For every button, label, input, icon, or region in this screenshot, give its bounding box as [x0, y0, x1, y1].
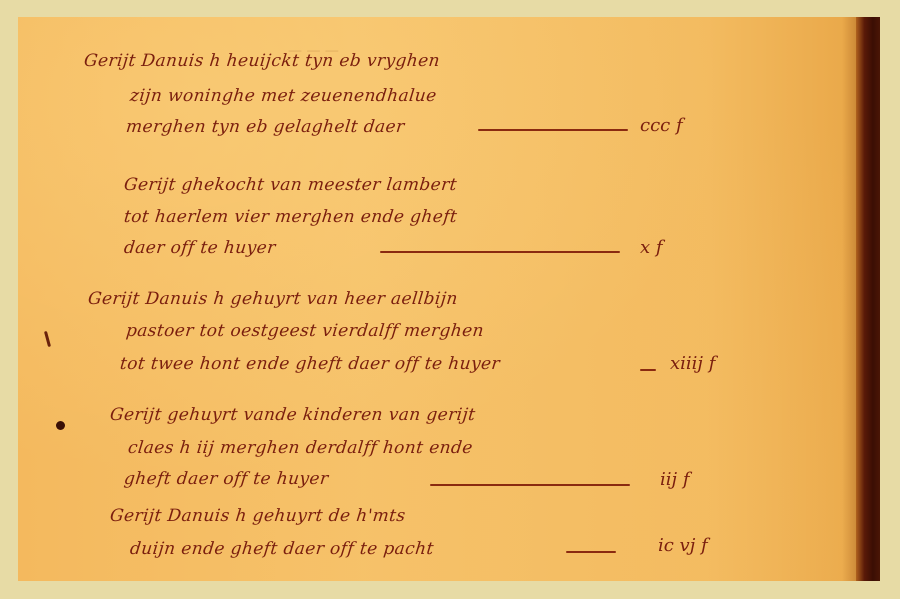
entry-5-line-1: Gerijt Danuis h gehuyrt de h'mts [109, 506, 407, 526]
entry-4-line-2: claes h iij merghen derdalff hont ende [127, 438, 474, 458]
entry-4-line-3: gheft daer off te huyer [123, 469, 330, 489]
entry-1-line-3: merghen tyn eb gelaghelt daer [125, 117, 406, 137]
entry-2-line-3: daer off te huyer [123, 238, 277, 258]
entry-5-leader-rule [566, 551, 616, 553]
binding-shadow-edge [842, 17, 856, 581]
entry-3-line-3: tot twee hont ende gheft daer off te huy… [119, 354, 501, 374]
entry-5-line-2: duijn ende gheft daer off te pacht [129, 539, 435, 559]
entry-3-leader-rule [640, 369, 656, 371]
entry-2-line-2: tot haerlem vier merghen ende gheft [123, 207, 458, 227]
entry-1-amount: ccc f [640, 115, 683, 136]
entry-2-leader-rule [380, 251, 620, 253]
entry-1-line-1: Gerijt Danuis h heuijckt tyn eb vryghen [83, 51, 441, 71]
ink-blot [56, 421, 65, 430]
entry-1-line-2: zijn woninghe met zeuenendhalue [129, 86, 438, 106]
margin-mark [44, 331, 51, 347]
entry-2-line-1: Gerijt ghekocht van meester lambert [123, 175, 458, 195]
entry-4-line-1: Gerijt gehuyrt vande kinderen van gerijt [109, 405, 477, 425]
entry-1-leader-rule [478, 129, 628, 131]
entry-5-amount: ic vj f [658, 535, 708, 556]
entry-3-line-1: Gerijt Danuis h gehuyrt van heer aellbij… [87, 289, 459, 309]
entry-3-line-2: pastoer tot oestgeest vierdalff merghen [125, 321, 485, 341]
entry-4-amount: iij f [660, 469, 689, 490]
manuscript-page: — — — Gerijt Danuis h heuijckt tyn eb vr… [18, 17, 880, 581]
entry-4-leader-rule [430, 484, 630, 486]
entry-2-amount: x f [640, 237, 663, 258]
entry-3-amount: xiiij f [670, 353, 715, 374]
book-binding-shadow [856, 17, 880, 581]
